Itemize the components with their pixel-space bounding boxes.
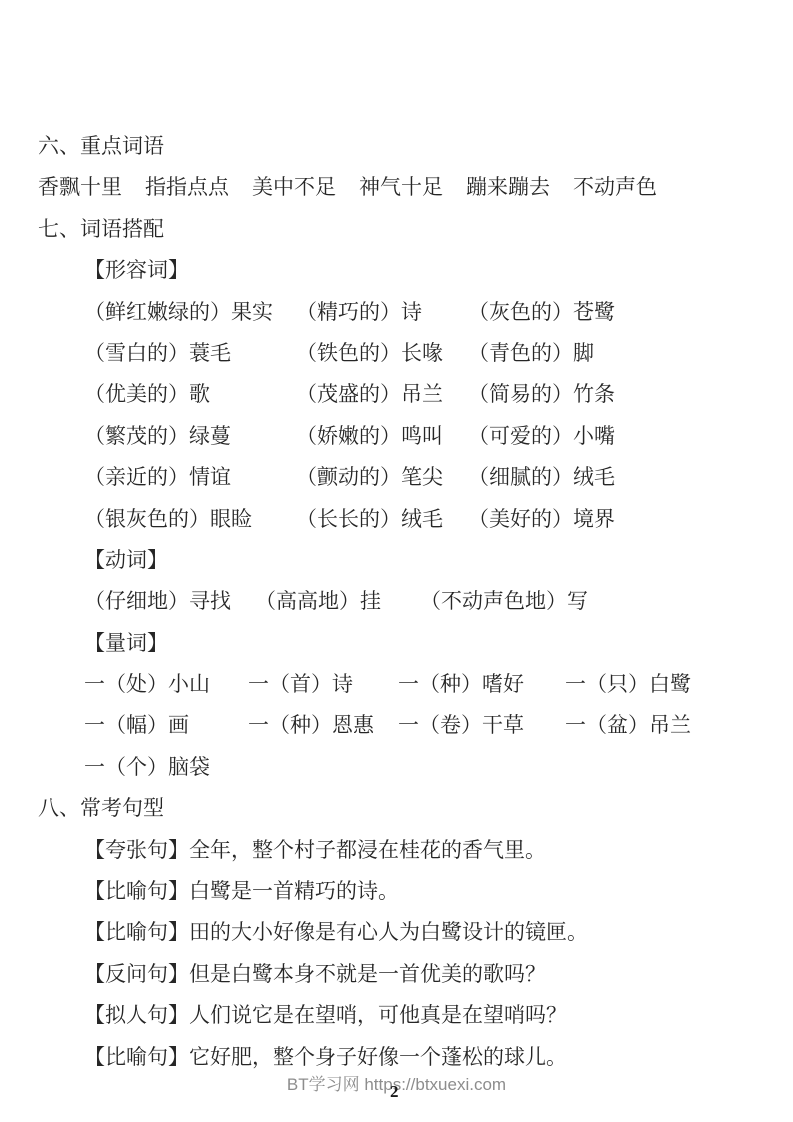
sentence-example: 【比喻句】田的大小好像是有心人为白鹭设计的镜匣。 xyxy=(38,912,753,953)
word-pair: （细腻的）绒毛 xyxy=(468,465,615,489)
document-content: 六、重点词语 香飘十里指指点点美中不足神气十足蹦来蹦去不动声色 七、词语搭配 【… xyxy=(0,0,793,1078)
sentence-text: 全年，整个村子都浸在桂花的香气里。 xyxy=(189,838,546,862)
sentence-example: 【夸张句】全年，整个村子都浸在桂花的香气里。 xyxy=(38,830,753,871)
idiom: 神气十足 xyxy=(359,175,443,199)
sentence-type-label: 【反问句】 xyxy=(84,962,189,986)
word-pair: （不动声色地）写 xyxy=(420,589,588,613)
sentence-type-label: 【比喻句】 xyxy=(84,1045,189,1069)
section-8-heading: 八、常考句型 xyxy=(38,788,753,829)
quantifier-row: 一（处）小山一（首）诗一（种）嗜好一（只）白鹭 xyxy=(38,664,753,705)
word-pair: （娇嫩的）鸣叫 xyxy=(296,416,468,457)
sentence-type-label: 【比喻句】 xyxy=(84,920,189,944)
adjective-row: （雪白的）蓑毛（铁色的）长喙（青色的）脚 xyxy=(38,333,753,374)
adjective-row: （繁茂的）绿蔓（娇嫩的）鸣叫（可爱的）小嘴 xyxy=(38,416,753,457)
word-pair: （银灰色的）眼睑 xyxy=(84,499,296,540)
word-pair: 一（个）脑袋 xyxy=(84,747,248,788)
sentence-text: 田的大小好像是有心人为白鹭设计的镜匣。 xyxy=(189,920,588,944)
word-pair: （美好的）境界 xyxy=(468,507,615,531)
word-pair: 一（只）白鹭 xyxy=(565,672,691,696)
idiom: 香飘十里 xyxy=(38,175,122,199)
adjective-row: （鲜红嫩绿的）果实（精巧的）诗（灰色的）苍鹭 xyxy=(38,292,753,333)
verb-row: （仔细地）寻找（高高地）挂（不动声色地）写 xyxy=(38,581,753,622)
word-pair: （灰色的）苍鹭 xyxy=(468,300,615,324)
idiom-list: 香飘十里指指点点美中不足神气十足蹦来蹦去不动声色 xyxy=(38,167,753,208)
sentence-type-label: 【拟人句】 xyxy=(84,1003,189,1027)
sentence-example: 【比喻句】白鹭是一首精巧的诗。 xyxy=(38,871,753,912)
sentence-text: 但是白鹭本身不就是一首优美的歌吗？ xyxy=(189,962,546,986)
sentence-example: 【拟人句】人们说它是在望哨，可他真是在望哨吗？ xyxy=(38,995,753,1036)
page-footer: BT学习网 https://btxuexi.com 2 xyxy=(0,1070,793,1110)
sentence-example: 【反问句】但是白鹭本身不就是一首优美的歌吗？ xyxy=(38,954,753,995)
word-pair: 一（盆）吊兰 xyxy=(565,713,691,737)
word-pair: 一（种）嗜好 xyxy=(398,664,565,705)
sentence-text: 它好肥，整个身子好像一个蓬松的球儿。 xyxy=(189,1045,567,1069)
word-pair: （繁茂的）绿蔓 xyxy=(84,416,296,457)
word-pair: 一（首）诗 xyxy=(248,664,398,705)
word-pair: （可爱的）小嘴 xyxy=(468,424,615,448)
word-pair: 一（卷）干草 xyxy=(398,705,565,746)
page-number: 2 xyxy=(390,1083,399,1100)
word-pair: （茂盛的）吊兰 xyxy=(296,374,468,415)
quantifier-row: 一（个）脑袋 xyxy=(38,747,753,788)
word-pair: （精巧的）诗 xyxy=(296,292,468,333)
word-pair: （仔细地）寻找 xyxy=(84,581,255,622)
sentence-text: 白鹭是一首精巧的诗。 xyxy=(189,879,399,903)
sentence-type-label: 【比喻句】 xyxy=(84,879,189,903)
verbs-label: 【动词】 xyxy=(38,540,753,581)
word-pair: （高高地）挂 xyxy=(255,581,420,622)
adjective-row: （亲近的）情谊（颤动的）笔尖（细腻的）绒毛 xyxy=(38,457,753,498)
document-page: 六、重点词语 香飘十里指指点点美中不足神气十足蹦来蹦去不动声色 七、词语搭配 【… xyxy=(0,0,793,1122)
word-pair: 一（种）恩惠 xyxy=(248,705,398,746)
adjective-row: （银灰色的）眼睑（长长的）绒毛（美好的）境界 xyxy=(38,499,753,540)
word-pair: （颤动的）笔尖 xyxy=(296,457,468,498)
quantifier-row: 一（幅）画一（种）恩惠一（卷）干草一（盆）吊兰 xyxy=(38,705,753,746)
section-6-heading: 六、重点词语 xyxy=(38,126,753,167)
word-pair: （鲜红嫩绿的）果实 xyxy=(84,292,296,333)
quantifiers-label: 【量词】 xyxy=(38,623,753,664)
word-pair: （青色的）脚 xyxy=(468,341,594,365)
idiom: 蹦来蹦去 xyxy=(466,175,550,199)
sentence-text: 人们说它是在望哨，可他真是在望哨吗？ xyxy=(189,1003,567,1027)
word-pair: （雪白的）蓑毛 xyxy=(84,333,296,374)
sentence-type-label: 【夸张句】 xyxy=(84,838,189,862)
word-pair: 一（幅）画 xyxy=(84,705,248,746)
idiom: 不动声色 xyxy=(573,175,657,199)
adjectives-label: 【形容词】 xyxy=(38,250,753,291)
word-pair: 一（处）小山 xyxy=(84,664,248,705)
word-pair: （优美的）歌 xyxy=(84,374,296,415)
word-pair: （简易的）竹条 xyxy=(468,382,615,406)
word-pair: （铁色的）长喙 xyxy=(296,333,468,374)
idiom: 指指点点 xyxy=(145,175,229,199)
word-pair: （长长的）绒毛 xyxy=(296,499,468,540)
adjective-row: （优美的）歌（茂盛的）吊兰（简易的）竹条 xyxy=(38,374,753,415)
section-7-heading: 七、词语搭配 xyxy=(38,209,753,250)
idiom: 美中不足 xyxy=(252,175,336,199)
word-pair: （亲近的）情谊 xyxy=(84,457,296,498)
